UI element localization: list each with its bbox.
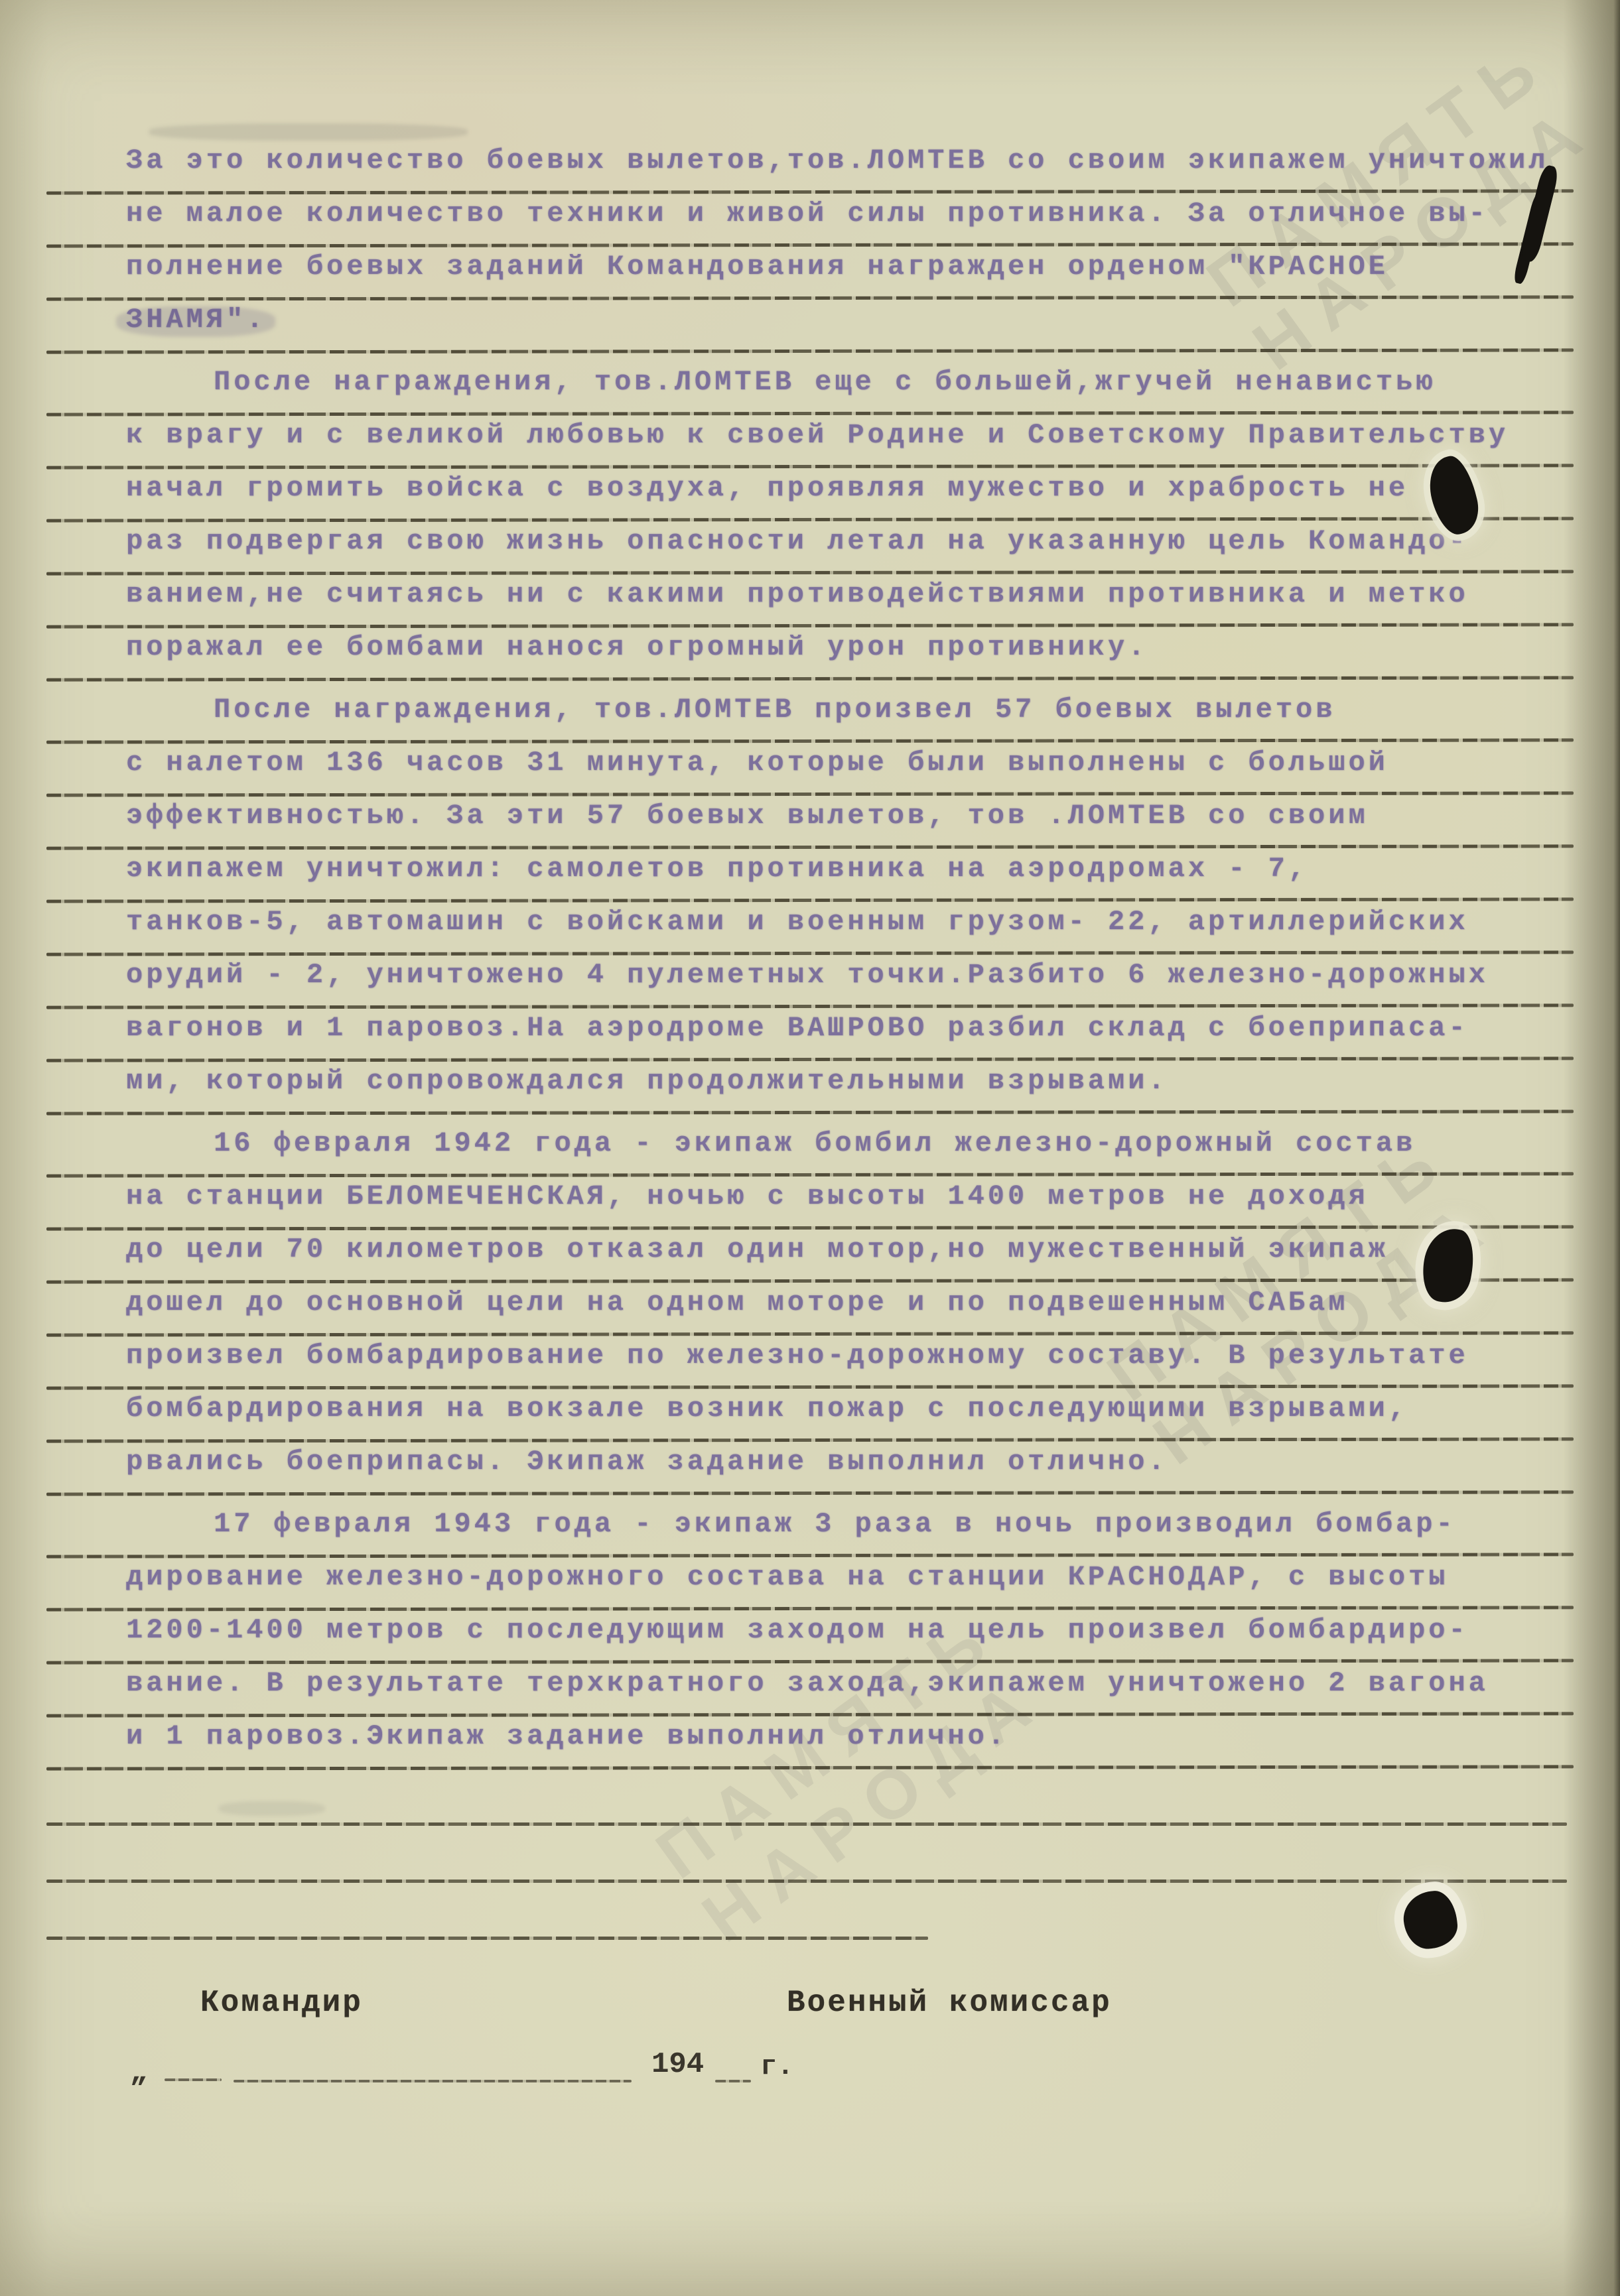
typed-line-text: За это количество боевых вылетов,тов.ЛОМ… — [126, 146, 1549, 175]
rule-line — [46, 1712, 1574, 1717]
typed-line: вагонов и 1 паровоз.На аэродроме ВАШРОВО… — [126, 1012, 1547, 1065]
typed-line-text: орудий - 2, уничтожено 4 пулеметных точк… — [126, 960, 1489, 989]
rule-line — [46, 897, 1574, 903]
date-blank-segment — [165, 2078, 222, 2081]
typed-line: полнение боевых заданий Командования наг… — [126, 251, 1547, 304]
typed-line-text: не малое количество техники и живой силы… — [126, 199, 1489, 228]
typed-line: поражал ее бомбами нанося огромный урон … — [126, 631, 1547, 684]
typed-line-text: полнение боевых заданий Командования наг… — [126, 252, 1388, 281]
typed-line-text: раз подвергая свою жизнь опасности летал… — [126, 527, 1469, 556]
typed-line: ми, который сопровождался продолжительны… — [126, 1065, 1547, 1118]
rule-line — [46, 1003, 1574, 1009]
rule-line — [46, 348, 1574, 353]
rule-line — [46, 738, 1574, 743]
rule-line — [46, 1056, 1574, 1062]
typed-line: 1200-1400 метров с последующим заходом н… — [126, 1614, 1547, 1667]
typed-line-text: вание. В результате терхкратного захода,… — [126, 1669, 1489, 1698]
typed-line-text: начал громить войска с воздуха, проявляя… — [126, 474, 1408, 503]
typed-line-text: вагонов и 1 паровоз.На аэродроме ВАШРОВО… — [126, 1013, 1469, 1043]
typed-line-text: После награждения, тов.ЛОМТЕВ еще с боль… — [126, 367, 1436, 397]
typed-line: с налетом 136 часов 31 минута, которые б… — [126, 747, 1547, 800]
rule-line — [46, 1553, 1574, 1558]
typed-line-text: и 1 паровоз.Экипаж задание выполнил отли… — [126, 1722, 1008, 1751]
typed-line: экипажем уничтожил: самолетов противника… — [126, 853, 1547, 906]
rule-line — [46, 517, 1574, 522]
typed-line-text: танков-5, автомашин с войсками и военным… — [126, 907, 1469, 936]
typed-line: дошел до основной цели на одном моторе и… — [126, 1287, 1547, 1340]
open-quote-mark: „ — [130, 2056, 147, 2089]
typed-line-text: экипажем уничтожил: самолетов противника… — [126, 854, 1308, 883]
commander-label: Командир — [200, 1986, 363, 2020]
rule-line — [46, 1172, 1574, 1177]
typed-line: бомбардирования на вокзале возник пожар … — [126, 1393, 1547, 1446]
typed-line: вание. В результате терхкратного захода,… — [126, 1667, 1547, 1720]
paragraph: После награждения, тов.ЛОМТЕВ произвел 5… — [126, 694, 1547, 1118]
date-blank-segment — [715, 2080, 751, 2082]
typed-line: танков-5, автомашин с войсками и военным… — [126, 906, 1547, 959]
typed-line: раз подвергая свою жизнь опасности летал… — [126, 525, 1547, 578]
pencil-smudge — [149, 123, 468, 141]
rule-line — [46, 242, 1574, 247]
typed-line: После награждения, тов.ЛОМТЕВ произвел 5… — [126, 694, 1547, 747]
typed-line: 17 февраля 1943 года - экипаж 3 раза в н… — [126, 1508, 1547, 1561]
rule-line — [46, 1937, 928, 1940]
typed-line-text: бомбардирования на вокзале возник пожар … — [126, 1394, 1408, 1423]
typed-line: ванием,не считаясь ни с какими противоде… — [126, 578, 1547, 631]
rule-line — [46, 1490, 1574, 1496]
typed-line-text: дошел до основной цели на одном моторе и… — [126, 1288, 1348, 1317]
typed-line: эффективностью. За эти 57 боевых вылетов… — [126, 800, 1547, 853]
paragraph: 17 февраля 1943 года - экипаж 3 раза в н… — [126, 1508, 1547, 1773]
typed-line: начал громить войска с воздуха, проявляя… — [126, 472, 1547, 525]
rule-line — [46, 1110, 1574, 1115]
military-commissar-label: Военный комиссар — [787, 1986, 1112, 2020]
typed-line: 16 февраля 1942 года - экипаж бомбил жел… — [126, 1127, 1547, 1180]
typed-line: не малое количество техники и живой силы… — [126, 198, 1547, 251]
typed-line: до цели 70 километров отказал один мотор… — [126, 1234, 1547, 1287]
typed-line: произвел бомбардирование по железно-доро… — [126, 1340, 1547, 1393]
typed-line: дирование железно-дорожного состава на с… — [126, 1561, 1547, 1614]
rule-line — [46, 570, 1574, 575]
typed-line-text: ванием,не считаясь ни с какими противоде… — [126, 580, 1469, 609]
typed-line: После награждения, тов.ЛОМТЕВ еще с боль… — [126, 366, 1547, 419]
scanned-document-page: ПАМЯТЬ НАРОДА ПАМЯТЬ НАРОДА ПАМЯТЬ НАРОД… — [0, 0, 1620, 2296]
rule-line — [46, 464, 1574, 469]
year-suffix: г. — [760, 2051, 793, 2082]
typed-line-text: поражал ее бомбами нанося огромный урон … — [126, 633, 1148, 662]
rule-line — [46, 1765, 1574, 1770]
rule-line — [46, 1384, 1574, 1389]
rule-line — [46, 950, 1574, 956]
typed-line-text: до цели 70 километров отказал один мотор… — [126, 1235, 1388, 1264]
typed-line: к врагу и с великой любовью к своей Роди… — [126, 419, 1547, 472]
rule-line — [46, 411, 1574, 416]
typed-line-text: на станции БЕЛОМЕЧЕНСКАЯ, ночью с высоты… — [126, 1182, 1369, 1211]
rule-line — [46, 189, 1574, 194]
paragraph: За это количество боевых вылетов,тов.ЛОМ… — [126, 145, 1547, 357]
typed-line-text: с налетом 136 часов 31 минута, которые б… — [126, 748, 1388, 777]
paragraph: После награждения, тов.ЛОМТЕВ еще с боль… — [126, 366, 1547, 684]
rule-line — [46, 1225, 1574, 1230]
typed-text: За это количество боевых вылетов,тов.ЛОМ… — [126, 145, 1547, 1783]
date-blank-segment — [234, 2080, 632, 2082]
rule-line — [46, 844, 1574, 850]
rule-line — [46, 676, 1574, 681]
typed-line-text: к врагу и с великой любовью к своей Роди… — [126, 420, 1509, 450]
typed-line-text: ми, который сопровождался продолжительны… — [126, 1066, 1168, 1096]
typed-line-text: 1200-1400 метров с последующим заходом н… — [126, 1616, 1469, 1645]
rule-line — [46, 295, 1574, 300]
typed-line-text: рвались боеприпасы. Экипаж задание выпол… — [126, 1447, 1168, 1476]
rule-line — [46, 1880, 1567, 1883]
typed-line-text: После награждения, тов.ЛОМТЕВ произвел 5… — [126, 695, 1335, 724]
typed-line: орудий - 2, уничтожено 4 пулеметных точк… — [126, 959, 1547, 1012]
typed-line-text: дирование железно-дорожного состава на с… — [126, 1563, 1448, 1592]
rule-line — [46, 1659, 1574, 1664]
rule-line — [46, 791, 1574, 797]
rule-line — [46, 1822, 1567, 1826]
typed-line-text: эффективностью. За эти 57 боевых вылетов… — [126, 801, 1369, 830]
typed-line: За это количество боевых вылетов,тов.ЛОМ… — [126, 145, 1547, 198]
rule-line — [46, 1606, 1574, 1611]
pencil-smudge — [219, 1801, 325, 1816]
blank-ruled-lines — [46, 1822, 1567, 1994]
pencil-smudge — [116, 306, 275, 337]
date-line: „ 194 г. — [0, 2044, 1620, 2084]
typed-line: и 1 паровоз.Экипаж задание выполнил отли… — [126, 1720, 1547, 1773]
rule-line — [46, 1331, 1574, 1336]
typed-line: ЗНАМЯ". — [126, 304, 1547, 357]
typed-line-text: произвел бомбардирование по железно-доро… — [126, 1341, 1469, 1370]
typed-line-text: 17 февраля 1943 года - экипаж 3 раза в н… — [126, 1509, 1456, 1539]
rule-line — [46, 1437, 1574, 1442]
typed-line: рвались боеприпасы. Экипаж задание выпол… — [126, 1446, 1547, 1499]
year-prefix: 194 — [651, 2048, 704, 2081]
rule-line — [46, 623, 1574, 628]
typed-line-text: 16 февраля 1942 года - экипаж бомбил жел… — [126, 1129, 1416, 1158]
rule-line — [46, 1278, 1574, 1283]
paragraph: 16 февраля 1942 года - экипаж бомбил жел… — [126, 1127, 1547, 1499]
typed-line: на станции БЕЛОМЕЧЕНСКАЯ, ночью с высоты… — [126, 1180, 1547, 1234]
